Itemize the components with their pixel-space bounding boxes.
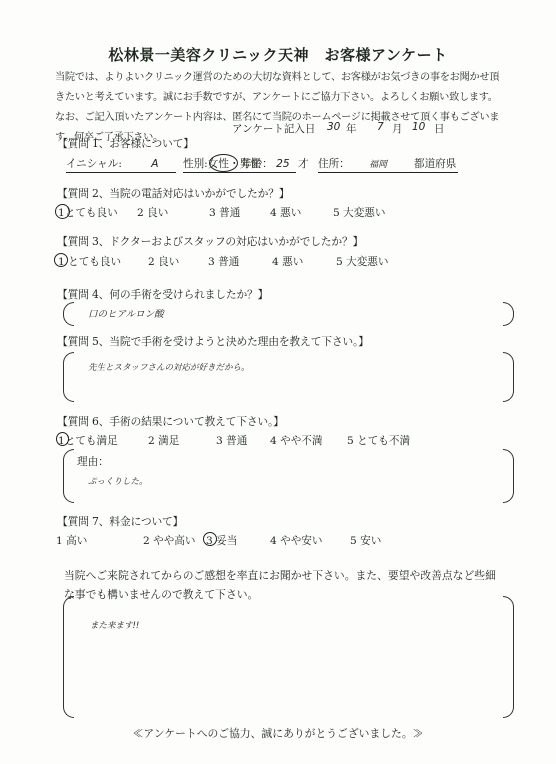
date-label: アンケート記入日 [232, 121, 315, 136]
q6-selected-circle [56, 432, 69, 446]
q6-reason-answer[interactable]: ぷっくりした。 [88, 475, 148, 487]
q4-heading: 【質問 4、何の手術を受けられましたか？】 [57, 287, 268, 302]
q2-option-4[interactable]: 4 悪い [270, 205, 301, 220]
q6-reason-label: 理由： [77, 454, 109, 469]
q7-option-5[interactable]: 5 安い [350, 533, 381, 548]
q6-bracket-left [63, 449, 74, 503]
gender-label: 性別: [183, 158, 208, 170]
q4-bracket-right [503, 302, 514, 326]
q3-option-5[interactable]: 5 大変悪い [336, 254, 388, 269]
q3-heading: 【質問 3、ドクターおよびスタッフの対応はいかがでしたか？】 [57, 234, 363, 249]
age-unit: 才 [298, 156, 309, 171]
q7-option-2[interactable]: 2 やや高い [143, 533, 195, 548]
gender-selected-circle [209, 154, 238, 172]
q5-heading: 【質問 5、当院で手術を受けようと決めた理由を教えて下さい。】 [57, 334, 369, 349]
address-unit: 都道府県 [414, 156, 456, 173]
date-year-label: 年 [346, 121, 357, 136]
q2-heading: 【質問 2、当院の電話対応はいかがでしたか？】 [57, 186, 289, 201]
age-label: 年齢： [241, 158, 273, 170]
date-day-value[interactable]: 10 [412, 121, 425, 133]
date-month-value[interactable]: 7 [377, 121, 384, 133]
q6-option-4[interactable]: 4 やや不満 [270, 433, 322, 448]
q4-answer[interactable]: 口のヒアルロン酸 [88, 306, 164, 320]
q3-selected-circle [54, 253, 68, 267]
comments-answer[interactable]: また来ます!! [90, 619, 139, 631]
q7-option-4[interactable]: 4 やや安い [270, 533, 322, 548]
q1-heading: 【質問 1、お客様について】 [57, 136, 194, 151]
date-year-value[interactable]: 30 [327, 121, 340, 133]
q2-option-5[interactable]: 5 大変悪い [333, 205, 385, 220]
address-label: 住所： [318, 158, 350, 170]
initial-field[interactable]: イニシャル: A [66, 156, 176, 173]
date-month-label: 月 [392, 121, 403, 136]
q6-option-5[interactable]: 5 とても不満 [347, 433, 410, 448]
initial-label: イニシャル: [66, 158, 122, 170]
q2-option-2[interactable]: 2 良い [137, 205, 168, 220]
initial-value: A [151, 158, 158, 170]
date-day-label: 日 [434, 121, 445, 136]
age-field[interactable]: 年齢： 25 [241, 156, 296, 173]
q7-heading: 【質問 7、料金について】 [57, 514, 183, 529]
q5-bracket-left [63, 352, 74, 402]
q7-option-1[interactable]: 1 高い [56, 533, 87, 548]
q3-option-2[interactable]: 2 良い [148, 254, 179, 269]
comments-prompt: 当院へご来院されてからのご感想を率直にお聞かせ下さい。また、要望や改善点など些細… [64, 566, 504, 604]
age-value: 25 [276, 158, 289, 170]
q6-heading: 【質問 6、手術の結果について教えて下さい。】 [57, 414, 284, 429]
survey-title: 松林景一美容クリニック天神 お客様アンケート [0, 44, 556, 65]
comments-bracket-right [503, 596, 514, 718]
q6-option-2[interactable]: 2 満足 [148, 433, 179, 448]
q3-option-3[interactable]: 3 普通 [208, 254, 239, 269]
q5-answer[interactable]: 先生とスタッフさんの対応が好きだから。 [88, 361, 250, 373]
q6-bracket-right [503, 449, 514, 503]
comments-bracket-left [63, 596, 74, 718]
q5-bracket-right [503, 352, 514, 402]
q6-option-3[interactable]: 3 普通 [216, 433, 247, 448]
q7-selected-circle [203, 532, 217, 546]
q2-option-3[interactable]: 3 普通 [209, 205, 240, 220]
q2-selected-circle [55, 204, 70, 219]
q4-bracket-left [63, 302, 74, 326]
footer-thanks: ≪アンケートへのご協力、誠にありがとうございました。≫ [0, 726, 556, 741]
q3-option-4[interactable]: 4 悪い [272, 254, 303, 269]
address-value: 福岡 [369, 160, 387, 170]
